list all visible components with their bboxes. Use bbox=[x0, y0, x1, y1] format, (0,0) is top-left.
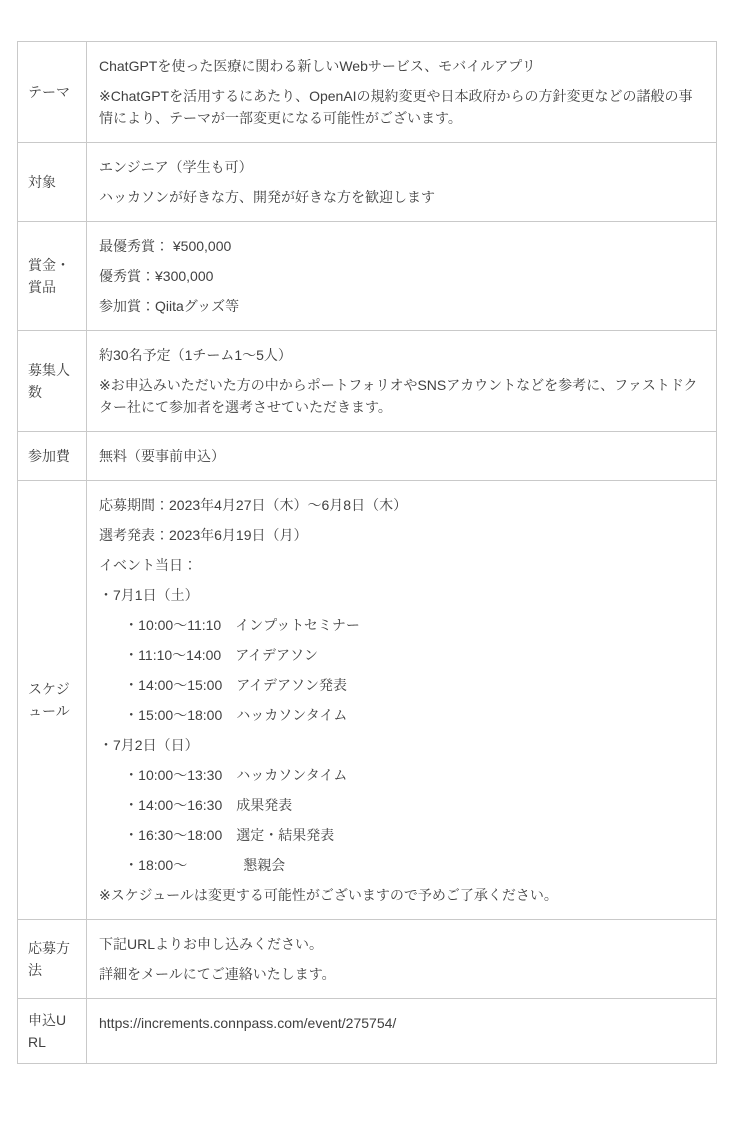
row-target: 対象エンジニア（学生も可）ハッカソンが好きな方、開発が好きな方を歓迎します bbox=[18, 143, 717, 222]
row-label: 対象 bbox=[18, 143, 87, 222]
cell-paragraph: ・10:00〜11:10 インプットセミナー bbox=[99, 614, 704, 636]
row-content: ChatGPTを使った医療に関わる新しいWebサービス、モバイルアプリ※Chat… bbox=[87, 42, 717, 143]
row-content: エンジニア（学生も可）ハッカソンが好きな方、開発が好きな方を歓迎します bbox=[87, 143, 717, 222]
cell-paragraph: 最優秀賞： ¥500,000 bbox=[99, 235, 704, 257]
cell-paragraph: ・14:00〜16:30 成果発表 bbox=[99, 794, 704, 816]
cell-paragraph: ・11:10〜14:00 アイデアソン bbox=[99, 644, 704, 666]
cell-paragraph: 約30名予定（1チーム1〜5人） bbox=[99, 344, 704, 366]
event-info-table: テーマChatGPTを使った医療に関わる新しいWebサービス、モバイルアプリ※C… bbox=[17, 41, 717, 1064]
cell-paragraph: エンジニア（学生も可） bbox=[99, 156, 704, 178]
cell-paragraph: ・18:00〜 懇親会 bbox=[99, 854, 704, 876]
row-content: 応募期間：2023年4月27日（木）〜6月8日（木）選考発表：2023年6月19… bbox=[87, 481, 717, 920]
cell-paragraph: イベント当日： bbox=[99, 554, 704, 576]
row-label: 応募方法 bbox=[18, 920, 87, 999]
cell-paragraph: ChatGPTを使った医療に関わる新しいWebサービス、モバイルアプリ bbox=[99, 55, 704, 77]
event-info-rows: テーマChatGPTを使った医療に関わる新しいWebサービス、モバイルアプリ※C… bbox=[18, 42, 717, 1064]
cell-paragraph: ・16:30〜18:00 選定・結果発表 bbox=[99, 824, 704, 846]
cell-paragraph: 無料（要事前申込） bbox=[99, 445, 704, 467]
row-content: https://increments.connpass.com/event/27… bbox=[87, 999, 717, 1064]
cell-paragraph: ・15:00〜18:00 ハッカソンタイム bbox=[99, 704, 704, 726]
cell-paragraph: 下記URLよりお申し込みください。 bbox=[99, 933, 704, 955]
row-label: スケジュール bbox=[18, 481, 87, 920]
row-label: テーマ bbox=[18, 42, 87, 143]
cell-paragraph: ※お申込みいただいた方の中からポートフォリオやSNSアカウントなどを参考に、ファ… bbox=[99, 374, 704, 418]
row-fee: 参加費無料（要事前申込） bbox=[18, 432, 717, 481]
cell-paragraph: 選考発表：2023年6月19日（月） bbox=[99, 524, 704, 546]
row-content: 無料（要事前申込） bbox=[87, 432, 717, 481]
cell-paragraph: 詳細をメールにてご連絡いたします。 bbox=[99, 963, 704, 985]
row-schedule: スケジュール応募期間：2023年4月27日（木）〜6月8日（木）選考発表：202… bbox=[18, 481, 717, 920]
row-theme: テーマChatGPTを使った医療に関わる新しいWebサービス、モバイルアプリ※C… bbox=[18, 42, 717, 143]
cell-paragraph: ・14:00〜15:00 アイデアソン発表 bbox=[99, 674, 704, 696]
row-content: 約30名予定（1チーム1〜5人）※お申込みいただいた方の中からポートフォリオやS… bbox=[87, 331, 717, 432]
cell-paragraph: 優秀賞：¥300,000 bbox=[99, 265, 704, 287]
row-content: 最優秀賞： ¥500,000優秀賞：¥300,000参加賞：Qiitaグッズ等 bbox=[87, 222, 717, 331]
row-label: 参加費 bbox=[18, 432, 87, 481]
article-body: テーマChatGPTを使った医療に関わる新しいWebサービス、モバイルアプリ※C… bbox=[0, 0, 740, 1104]
row-how-to-apply: 応募方法下記URLよりお申し込みください。詳細をメールにてご連絡いたします。 bbox=[18, 920, 717, 999]
application-url-text: https://increments.connpass.com/event/27… bbox=[99, 1012, 704, 1034]
cell-paragraph: 応募期間：2023年4月27日（木）〜6月8日（木） bbox=[99, 494, 704, 516]
cell-paragraph: ・10:00〜13:30 ハッカソンタイム bbox=[99, 764, 704, 786]
cell-paragraph: ・7月2日（日） bbox=[99, 734, 704, 756]
cell-paragraph: ※ChatGPTを活用するにあたり、OpenAIの規約変更や日本政府からの方針変… bbox=[99, 85, 704, 129]
row-application-url: 申込URLhttps://increments.connpass.com/eve… bbox=[18, 999, 717, 1064]
cell-paragraph: ・7月1日（土） bbox=[99, 584, 704, 606]
row-label: 申込URL bbox=[18, 999, 87, 1064]
row-label: 募集人数 bbox=[18, 331, 87, 432]
page: テーマChatGPTを使った医療に関わる新しいWebサービス、モバイルアプリ※C… bbox=[0, 0, 740, 1121]
cell-paragraph: 参加賞：Qiitaグッズ等 bbox=[99, 295, 704, 317]
row-capacity: 募集人数約30名予定（1チーム1〜5人）※お申込みいただいた方の中からポートフォ… bbox=[18, 331, 717, 432]
row-label: 賞金・賞品 bbox=[18, 222, 87, 331]
cell-paragraph: ※スケジュールは変更する可能性がございますので予めご了承ください。 bbox=[99, 884, 704, 906]
row-content: 下記URLよりお申し込みください。詳細をメールにてご連絡いたします。 bbox=[87, 920, 717, 999]
row-prize: 賞金・賞品最優秀賞： ¥500,000優秀賞：¥300,000参加賞：Qiita… bbox=[18, 222, 717, 331]
cell-paragraph: ハッカソンが好きな方、開発が好きな方を歓迎します bbox=[99, 186, 704, 208]
